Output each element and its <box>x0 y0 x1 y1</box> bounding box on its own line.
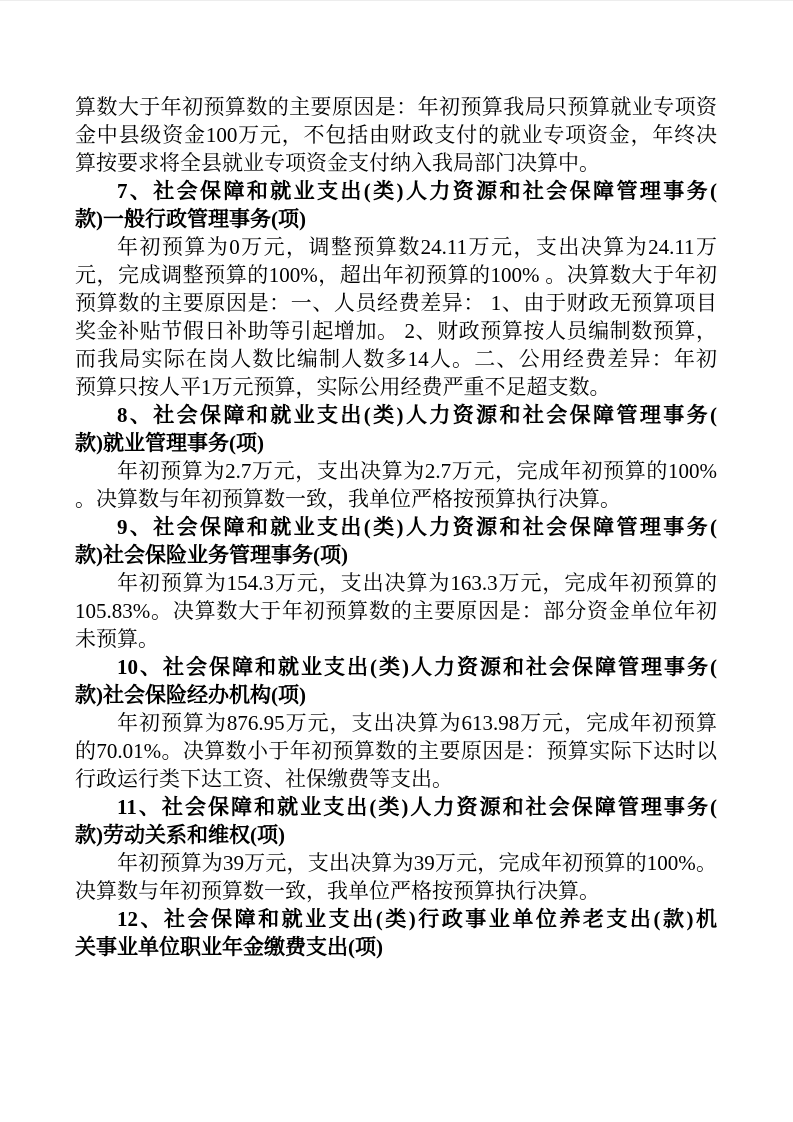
text-line: 预算只按人平1万元预算，实际公用经费严重不足超支数。 <box>75 373 717 401</box>
text-line: 奖金补贴节假日补助等引起增加。 2、财政预算按人员编制数预算， <box>75 317 717 345</box>
text-line: 而我局实际在岗人数比编制人数多14人。二、公用经费差异：年初 <box>75 345 717 373</box>
section-heading: 7、社会保障和就业支出(类)人力资源和社会保障管理事务(款)一般行政管理事务(项… <box>75 177 717 233</box>
paragraph: 年初预算为2.7万元，支出决算为2.7万元，完成年初预算的100%。决算数与年初… <box>75 457 717 513</box>
heading-line: 款)就业管理事务(项) <box>75 429 717 457</box>
paragraph: 年初预算为154.3万元，支出决算为163.3万元，完成年初预算的105.83%… <box>75 569 717 653</box>
text-line: 算按要求将全县就业专项资金支付纳入我局部门决算中。 <box>75 149 717 177</box>
section-heading: 8、社会保障和就业支出(类)人力资源和社会保障管理事务(款)就业管理事务(项) <box>75 401 717 457</box>
text-line: 年初预算为39万元，支出决算为39万元，完成年初预算的100%。 <box>75 849 717 877</box>
paragraph: 年初预算为0万元，调整预算数24.11万元，支出决算为24.11万元，完成调整预… <box>75 233 717 401</box>
text-line: 年初预算为0万元，调整预算数24.11万元，支出决算为24.11万 <box>75 233 717 261</box>
text-line: 。决算数与年初预算数一致，我单位严格按预算执行决算。 <box>75 485 717 513</box>
heading-line: 款)劳动关系和维权(项) <box>75 821 717 849</box>
heading-line: 8、社会保障和就业支出(类)人力资源和社会保障管理事务( <box>75 401 717 429</box>
heading-line: 款)一般行政管理事务(项) <box>75 205 717 233</box>
text-line: 预算数的主要原因是：一、人员经费差异： 1、由于财政无预算项目 <box>75 289 717 317</box>
text-line: 金中县级资金100万元，不包括由财政支付的就业专项资金，年终决 <box>75 121 717 149</box>
text-line: 年初预算为154.3万元，支出决算为163.3万元，完成年初预算的 <box>75 569 717 597</box>
text-line: 决算数与年初预算数一致，我单位严格按预算执行决算。 <box>75 877 717 905</box>
text-line: 年初预算为876.95万元，支出决算为613.98万元，完成年初预算 <box>75 709 717 737</box>
heading-line: 款)社会保险经办机构(项) <box>75 681 717 709</box>
section-heading: 12、社会保障和就业支出(类)行政事业单位养老支出(款)机关事业单位职业年金缴费… <box>75 905 717 961</box>
section-heading: 10、社会保障和就业支出(类)人力资源和社会保障管理事务(款)社会保险经办机构(… <box>75 653 717 709</box>
text-line: 年初预算为2.7万元，支出决算为2.7万元，完成年初预算的100% <box>75 457 717 485</box>
heading-line: 款)社会保险业务管理事务(项) <box>75 541 717 569</box>
section-heading: 11、社会保障和就业支出(类)人力资源和社会保障管理事务(款)劳动关系和维权(项… <box>75 793 717 849</box>
text-line: 的70.01%。决算数小于年初预算数的主要原因是：预算实际下达时以 <box>75 737 717 765</box>
heading-line: 关事业单位职业年金缴费支出(项) <box>75 933 717 961</box>
heading-line: 12、社会保障和就业支出(类)行政事业单位养老支出(款)机 <box>75 905 717 933</box>
text-line: 未预算。 <box>75 625 717 653</box>
heading-line: 11、社会保障和就业支出(类)人力资源和社会保障管理事务( <box>75 793 717 821</box>
text-line: 105.83%。决算数大于年初预算数的主要原因是：部分资金单位年初 <box>75 597 717 625</box>
paragraph: 年初预算为39万元，支出决算为39万元，完成年初预算的100%。决算数与年初预算… <box>75 849 717 905</box>
paragraph: 年初预算为876.95万元，支出决算为613.98万元，完成年初预算的70.01… <box>75 709 717 793</box>
text-line: 元，完成调整预算的100%，超出年初预算的100% 。决算数大于年初 <box>75 261 717 289</box>
text-line: 算数大于年初预算数的主要原因是：年初预算我局只预算就业专项资 <box>75 93 717 121</box>
heading-line: 7、社会保障和就业支出(类)人力资源和社会保障管理事务( <box>75 177 717 205</box>
text-line: 行政运行类下达工资、社保缴费等支出。 <box>75 765 717 793</box>
heading-line: 9、社会保障和就业支出(类)人力资源和社会保障管理事务( <box>75 513 717 541</box>
section-heading: 9、社会保障和就业支出(类)人力资源和社会保障管理事务(款)社会保险业务管理事务… <box>75 513 717 569</box>
heading-line: 10、社会保障和就业支出(类)人力资源和社会保障管理事务( <box>75 653 717 681</box>
document-page: 算数大于年初预算数的主要原因是：年初预算我局只预算就业专项资金中县级资金100万… <box>0 0 793 1122</box>
paragraph: 算数大于年初预算数的主要原因是：年初预算我局只预算就业专项资金中县级资金100万… <box>75 93 717 177</box>
document-text-block: 算数大于年初预算数的主要原因是：年初预算我局只预算就业专项资金中县级资金100万… <box>75 93 717 961</box>
